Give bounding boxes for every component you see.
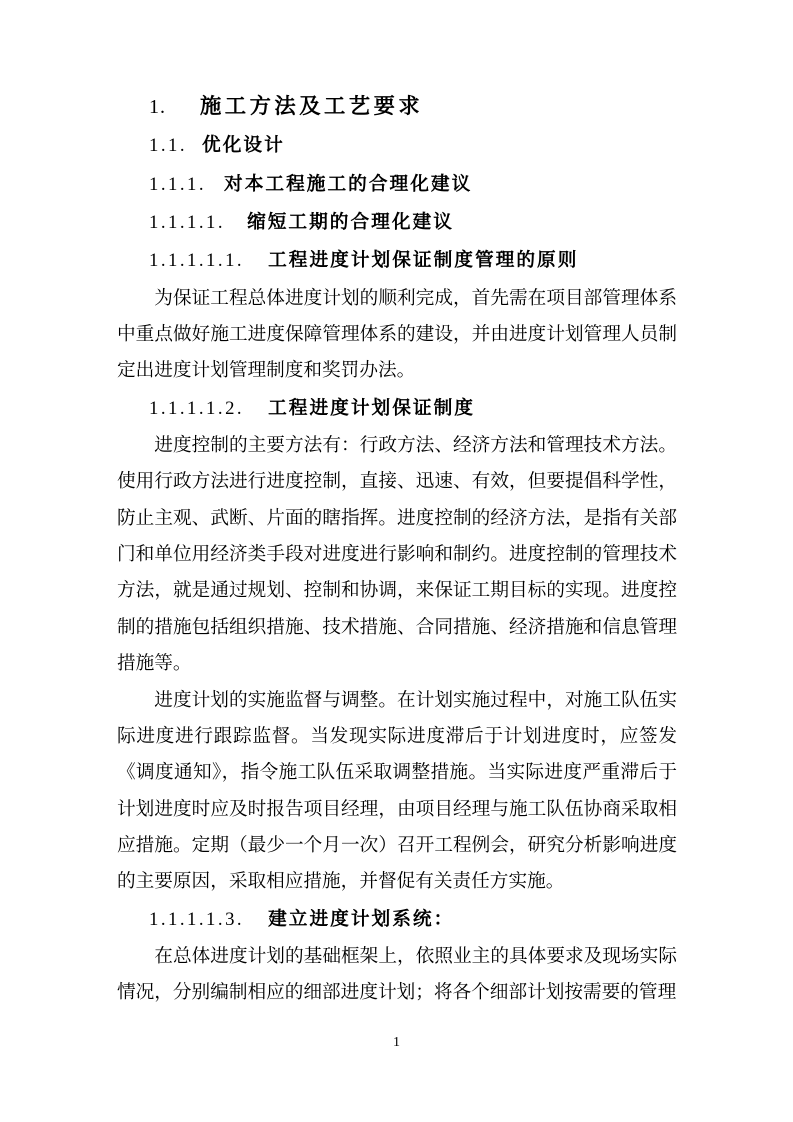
heading-1-1: 1.1.优化设计 bbox=[117, 127, 677, 165]
document-body: 1.施工方法及工艺要求1.1.优化设计1.1.1.对本工程施工的合理化建议1.1… bbox=[117, 88, 677, 1012]
heading-text: 缩短工期的合理化建议 bbox=[247, 211, 454, 232]
paragraph: 进度控制的主要方法有：行政方法、经济方法和管理技术方法。使用行政方法进行进度控制… bbox=[117, 428, 677, 682]
heading-number: 1.1.1.1. bbox=[149, 212, 225, 233]
heading-text: 建立进度计划系统： bbox=[268, 908, 454, 929]
page-footer: 1 bbox=[0, 1033, 793, 1053]
heading-text: 优化设计 bbox=[202, 134, 285, 155]
heading-number: 1.1.1.1.3. bbox=[149, 909, 244, 930]
heading-1-1-1-1-1: 1.1.1.1.1.工程进度计划保证制度管理的原则 bbox=[117, 242, 677, 280]
heading-text: 对本工程施工的合理化建议 bbox=[224, 173, 472, 194]
paragraph: 进度计划的实施监督与调整。在计划实施过程中，对施工队伍实际进度进行跟踪监督。当发… bbox=[117, 683, 677, 901]
heading-number: 1.1. bbox=[149, 135, 187, 156]
heading-1-1-1-1-3: 1.1.1.1.3.建立进度计划系统： bbox=[117, 901, 677, 939]
heading-text: 工程进度计划保证制度管理的原则 bbox=[268, 249, 578, 270]
heading-text: 施工方法及工艺要求 bbox=[200, 94, 423, 118]
heading-number: 1.1.1.1.2. bbox=[149, 398, 244, 419]
paragraph: 在总体进度计划的基础框架上，依照业主的具体要求及现场实际情况，分别编制相应的细部… bbox=[117, 939, 677, 1012]
heading-1-1-1-1-2: 1.1.1.1.2.工程进度计划保证制度 bbox=[117, 390, 677, 428]
heading-number: 1. bbox=[149, 96, 166, 118]
heading-number: 1.1.1.1.1. bbox=[149, 250, 244, 271]
heading-1-1-1-1: 1.1.1.1.缩短工期的合理化建议 bbox=[117, 204, 677, 242]
heading-1-1-1: 1.1.1.对本工程施工的合理化建议 bbox=[117, 166, 677, 204]
heading-text: 工程进度计划保证制度 bbox=[268, 397, 475, 418]
document-page: 1.施工方法及工艺要求1.1.优化设计1.1.1.对本工程施工的合理化建议1.1… bbox=[0, 0, 793, 1122]
paragraph: 为保证工程总体进度计划的顺利完成，首先需在项目部管理体系中重点做好施工进度保障管… bbox=[117, 281, 677, 390]
heading-1: 1.施工方法及工艺要求 bbox=[117, 88, 677, 127]
heading-number: 1.1.1. bbox=[149, 174, 206, 195]
page-number: 1 bbox=[393, 1035, 400, 1050]
